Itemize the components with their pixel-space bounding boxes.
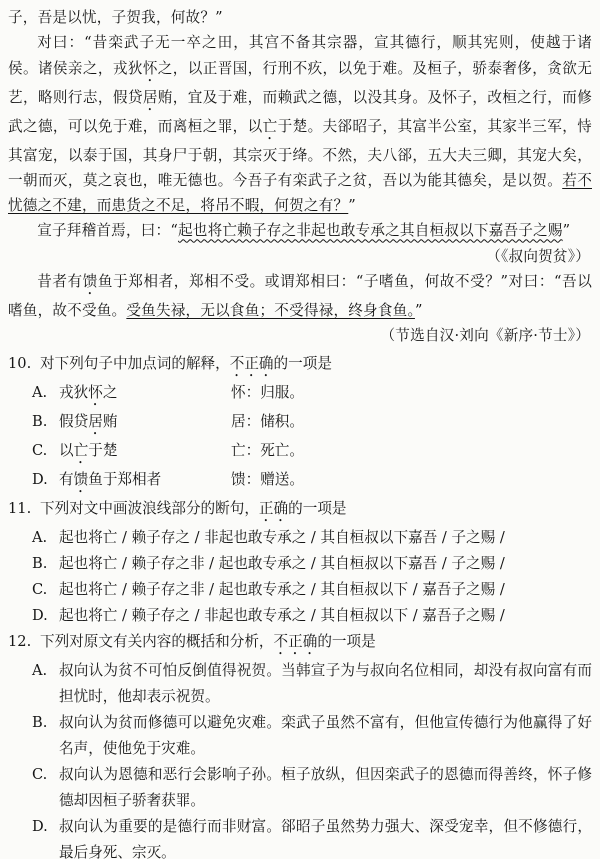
option-gloss: 居：储积。: [231, 409, 592, 438]
classical-passage: 子，吾是以忧，子贺我，何故？” 对曰：“昔栾武子无一卒之田，其宫不备其宗器，宣其…: [8, 5, 592, 349]
option-gloss: 怀：归服。: [231, 380, 592, 409]
option-phrase: 假贷居贿: [59, 409, 231, 438]
option-11-c: C. 起也将亡 / 赖子存之非 / 起也敢专承之 / 其自桓叔以下 / 嘉吾子之…: [32, 577, 592, 603]
stem-text: 的一项是: [317, 633, 375, 650]
dotted-word-kui: 馈: [83, 273, 98, 290]
passage-paragraph-xuanzi: 宣子拜稽首焉，曰：“起也将亡赖子存之非起也敢专承之其自桓叔以下嘉吾子之赐”: [8, 218, 592, 243]
question-10-number: 10.: [8, 351, 40, 380]
question-12: 12. 下列对原文有关内容的概括和分析，不正确的一项是: [8, 629, 592, 658]
passage-text: 子，吾是以忧，子贺我，何故？”: [8, 9, 223, 26]
option-text: 起也将亡 / 赖子存之 / 非起也敢专承之 / 其自桓叔以下嘉吾 / 子之赐 /: [59, 525, 592, 551]
dotted-char: 怀: [88, 384, 103, 401]
option-text: 起也将亡 / 赖子存之非 / 起也敢专承之 / 其自桓叔以下嘉吾 / 子之赐 /: [59, 551, 592, 577]
option-label: C.: [32, 438, 59, 467]
stem-text: 的一项是: [274, 355, 332, 372]
phrase-text: 于楚: [88, 442, 117, 459]
option-text: 叔向认为贫而修德可以避免灾难。栾武子虽然不富有，但他宣传德行为他赢得了好名声，使…: [59, 710, 592, 762]
option-gloss: 亡：死亡。: [231, 438, 592, 467]
closing-quote: ”: [415, 302, 423, 319]
phrase-text: 以: [59, 442, 74, 459]
exam-scan-page: 子，吾是以忧，子贺我，何故？” 对曰：“昔栾武子无一卒之田，其宫不备其宗器，宣其…: [0, 0, 600, 859]
phrase-text: 戎狄: [59, 384, 88, 401]
stem-text: 下列对原文有关内容的概括和分析，: [40, 633, 274, 650]
dotted-char: 居: [88, 413, 103, 430]
question-11-stem: 下列对文中画波浪线部分的断句，正确的一项是: [40, 496, 592, 525]
question-10-options: A. 戎狄怀之 怀：归服。 B. 假贷居贿 居：储积。 C. 以亡于楚 亡：死亡…: [8, 380, 592, 496]
stem-text: 下列对文中画波浪线部分的断句，: [40, 500, 259, 517]
question-11: 11. 下列对文中画波浪线部分的断句，正确的一项是: [8, 496, 592, 525]
option-text: 起也将亡 / 赖子存之 / 非起也敢专承之 / 其自桓叔以下 / 嘉吾子之赐 /: [59, 603, 592, 629]
phrase-text: 鱼于郑相者: [88, 471, 161, 488]
source-attribution-1: （《叔向贺贫》）: [8, 244, 592, 269]
option-label: D.: [32, 603, 59, 629]
question-11-number: 11.: [8, 496, 40, 525]
option-10-b: B. 假贷居贿 居：储积。: [32, 409, 592, 438]
question-12-options: A. 叔向认为贫不可怕反倒值得祝贺。当韩宣子为与叔向名位相同，却没有叔向富有而担…: [8, 658, 592, 859]
option-label: A.: [32, 380, 59, 409]
option-10-a: A. 戎狄怀之 怀：归服。: [32, 380, 592, 409]
source-title: （《叔向贺贫》）: [486, 248, 590, 265]
passage-text: 昔者有: [37, 273, 83, 290]
option-label: B.: [32, 551, 59, 577]
option-label: B.: [32, 409, 59, 438]
option-label: D.: [32, 814, 59, 859]
passage-line-continuation: 子，吾是以忧，子贺我，何故？”: [8, 5, 592, 30]
option-text: 叔向认为重要的是德行而非财富。郤昭子虽然势力强大、深受宠幸，但不修德行，最后身死…: [59, 814, 592, 859]
phrase-text: 有: [59, 471, 74, 488]
stem-emphasis: 不正确: [274, 633, 318, 650]
passage-paragraph-reply: 对曰：“昔栾武子无一卒之田，其宫不备其宗器，宣其德行，顺其宪则，使越于诸侯。诸侯…: [8, 30, 592, 218]
underlined-sentence-2: 受鱼失禄，无以食鱼；不受得禄，终身食鱼。: [126, 302, 415, 319]
option-10-d: D. 有馈鱼于郑相者 馈：赠送。: [32, 467, 592, 496]
question-12-stem: 下列对原文有关内容的概括和分析，不正确的一项是: [40, 629, 592, 658]
phrase-text: 假贷: [59, 413, 88, 430]
passage-text: 宣子拜稽首焉，曰：“: [37, 222, 178, 239]
dotted-char: 亡: [74, 442, 89, 459]
option-text: 叔向认为恩德和恶行会影响子孙。桓子放纵，但因栾武子的恩德而得善终，怀子修德却因桓…: [59, 762, 592, 814]
option-12-c: C. 叔向认为恩德和恶行会影响子孙。桓子放纵，但因栾武子的恩德而得善终，怀子修德…: [32, 762, 592, 814]
dotted-word-wang: 亡: [263, 118, 278, 135]
option-11-b: B. 起也将亡 / 赖子存之非 / 起也敢专承之 / 其自桓叔以下嘉吾 / 子之…: [32, 551, 592, 577]
source-title: （节选自汉·刘向《新序·节士》）: [381, 327, 591, 344]
option-12-b: B. 叔向认为贫而修德可以避免灾难。栾武子虽然不富有，但他宣传德行为他赢得了好名…: [32, 710, 592, 762]
stem-emphasis: 不正确: [230, 355, 274, 372]
option-label: C.: [32, 762, 59, 814]
option-phrase: 以亡于楚: [59, 438, 231, 467]
dotted-char: 馈: [74, 471, 89, 488]
closing-quote: ”: [563, 222, 571, 239]
stem-text: 对下列句子中加点词的解释，: [40, 355, 230, 372]
question-11-options: A. 起也将亡 / 赖子存之 / 非起也敢专承之 / 其自桓叔以下嘉吾 / 子之…: [8, 525, 592, 629]
option-phrase: 有馈鱼于郑相者: [59, 467, 231, 496]
dotted-word-huai: 怀: [143, 60, 158, 77]
option-label: D.: [32, 467, 59, 496]
option-label: B.: [32, 710, 59, 762]
question-10: 10. 对下列句子中加点词的解释，不正确的一项是: [8, 351, 592, 380]
option-10-c: C. 以亡于楚 亡：死亡。: [32, 438, 592, 467]
question-section: 10. 对下列句子中加点词的解释，不正确的一项是 A. 戎狄怀之 怀：归服。 B…: [8, 351, 592, 859]
stem-text: 的一项是: [288, 500, 346, 517]
option-gloss: 馈：赠送。: [231, 467, 592, 496]
option-label: C.: [32, 577, 59, 603]
option-phrase: 戎狄怀之: [59, 380, 231, 409]
option-11-a: A. 起也将亡 / 赖子存之 / 非起也敢专承之 / 其自桓叔以下嘉吾 / 子之…: [32, 525, 592, 551]
option-label: A.: [32, 525, 59, 551]
source-attribution-2: （节选自汉·刘向《新序·节士》）: [8, 323, 592, 348]
dotted-word-ju: 居: [143, 89, 158, 106]
stem-emphasis: 正确: [259, 500, 288, 517]
option-label: A.: [32, 658, 59, 710]
option-text: 起也将亡 / 赖子存之非 / 起也敢专承之 / 其自桓叔以下 / 嘉吾子之赐 /: [59, 577, 592, 603]
option-11-d: D. 起也将亡 / 赖子存之 / 非起也敢专承之 / 其自桓叔以下 / 嘉吾子之…: [32, 603, 592, 629]
option-12-a: A. 叔向认为贫不可怕反倒值得祝贺。当韩宣子为与叔向名位相同，却没有叔向富有而担…: [32, 658, 592, 710]
option-text: 叔向认为贫不可怕反倒值得祝贺。当韩宣子为与叔向名位相同，却没有叔向富有而担忧时，…: [59, 658, 592, 710]
question-12-number: 12.: [8, 629, 40, 658]
phrase-text: 贿: [103, 413, 118, 430]
phrase-text: 之: [103, 384, 118, 401]
closing-quote: ”: [348, 197, 356, 214]
option-12-d: D. 叔向认为重要的是德行而非财富。郤昭子虽然势力强大、深受宠幸，但不修德行，最…: [32, 814, 592, 859]
wavy-underlined-sentence: 起也将亡赖子存之非起也敢专承之其自桓叔以下嘉吾子之赐: [178, 222, 563, 239]
passage-paragraph-fish: 昔者有馈鱼于郑相者，郑相不受。或谓郑相曰：“子嗜鱼，何故不受？”对曰：“吾以嗜鱼…: [8, 269, 592, 323]
question-10-stem: 对下列句子中加点词的解释，不正确的一项是: [40, 351, 592, 380]
